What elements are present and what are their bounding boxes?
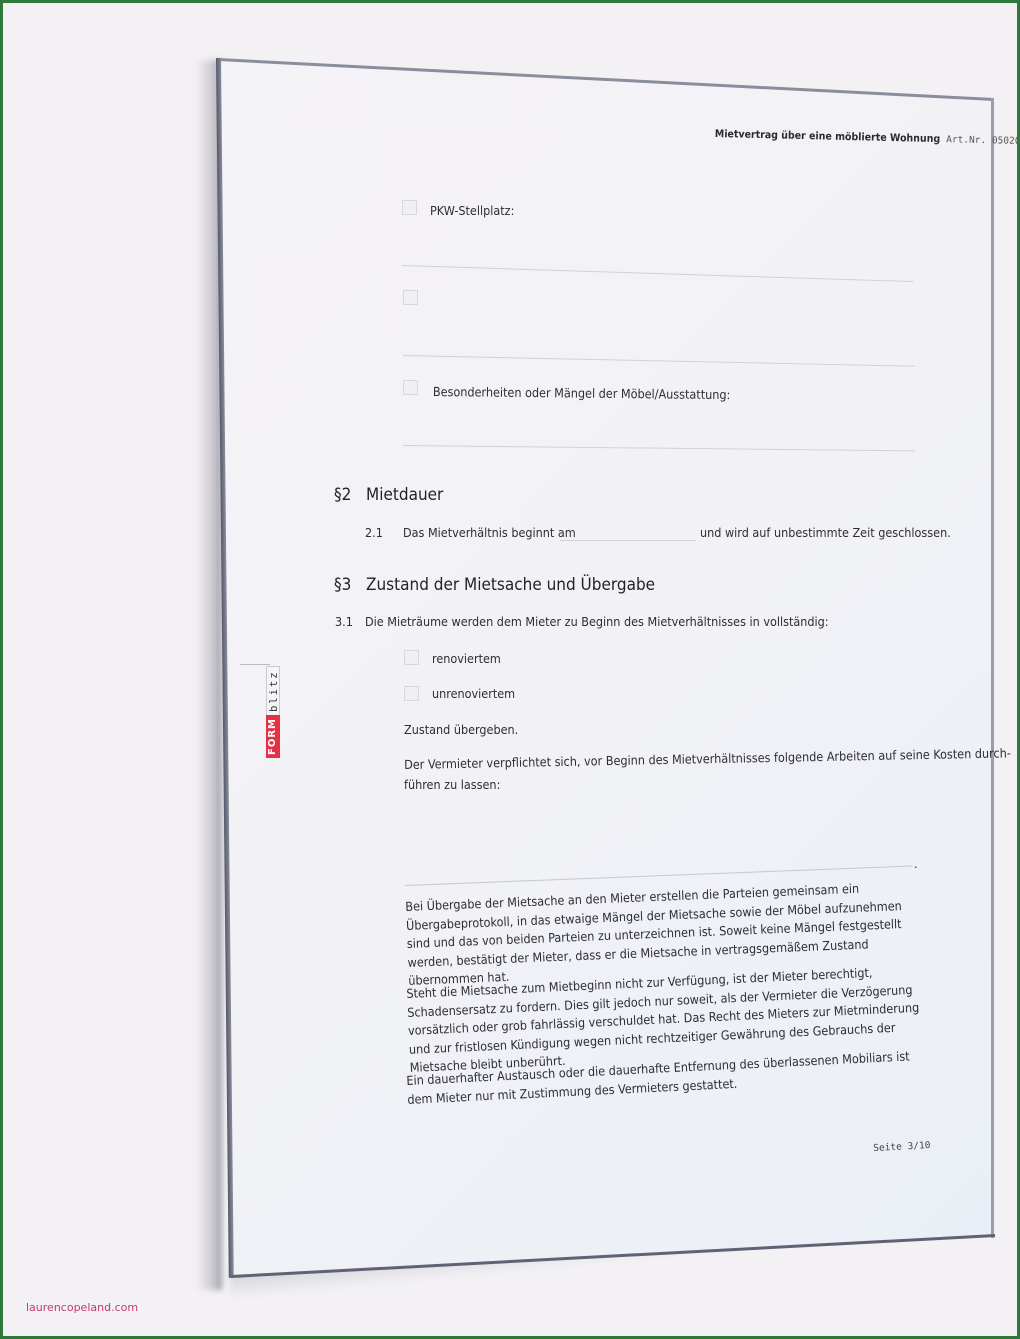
other-input-line[interactable] <box>403 355 915 367</box>
clause-2-1-text-after: und wird auf unbestimmte Zeit geschlosse… <box>700 525 951 540</box>
clause-3-1-number: 3.1 <box>335 614 365 629</box>
section-3-title: Zustand der Mietsache und Übergabe <box>366 575 655 595</box>
checkbox-parking-label: PKW-Stellplatz: <box>430 203 514 218</box>
condition-handover-text: Zustand übergeben. <box>404 722 518 737</box>
article-number: Art.Nr. 05020 <box>946 134 1020 147</box>
furniture-defects-input-line[interactable] <box>403 445 915 451</box>
landlord-obligation-line-2: führen zu lassen: <box>404 777 500 792</box>
clause-3-1-text: Die Mieträume werden dem Mieter zu Begin… <box>365 614 829 629</box>
document-page: Mietvertrag über eine möblierte WohnungA… <box>0 0 1020 1339</box>
document-title: Mietvertrag über eine möblierte Wohnung <box>715 128 941 145</box>
clause-3-1: 3.1Die Mieträume werden dem Mieter zu Be… <box>335 614 829 629</box>
clause-2-1-number: 2.1 <box>365 525 403 540</box>
section-3-heading: §3Zustand der Mietsache und Übergabe <box>334 575 655 595</box>
section-2-title: Mietdauer <box>366 485 443 505</box>
clause-2-1-text-before: Das Mietverhältnis beginnt am <box>403 525 576 540</box>
section-3-number: §3 <box>334 575 366 595</box>
checkbox-parking[interactable] <box>402 200 417 215</box>
document-header: Mietvertrag über eine möblierte WohnungA… <box>715 128 1020 147</box>
section-2-number: §2 <box>334 485 366 505</box>
checkbox-furniture-defects-label: Besonderheiten oder Mängel der Möbel/Aus… <box>433 384 731 402</box>
page-content: Mietvertrag über eine möblierte WohnungA… <box>0 0 1020 1339</box>
start-date-input-line[interactable] <box>560 540 696 541</box>
checkbox-renovated-label: renoviertem <box>432 651 501 666</box>
logo-rule <box>240 664 270 665</box>
clause-2-1: 2.1Das Mietverhältnis beginnt am <box>365 525 576 540</box>
watermark: laurencopeland.com <box>26 1301 138 1314</box>
formblitz-logo: FORMblitz <box>266 666 280 758</box>
parking-input-line[interactable] <box>402 265 914 282</box>
checkbox-unrenovated[interactable] <box>404 686 419 701</box>
checkbox-furniture-defects[interactable] <box>403 380 418 395</box>
checkbox-other[interactable] <box>403 290 418 305</box>
logo-blitz: blitz <box>266 666 280 715</box>
page-number: Seite 3/10 <box>873 1140 931 1154</box>
works-input-period: . <box>914 856 918 871</box>
checkbox-unrenovated-label: unrenoviertem <box>432 686 515 701</box>
checkbox-renovated[interactable] <box>404 650 419 665</box>
section-2-heading: §2Mietdauer <box>334 485 443 505</box>
landlord-obligation-line-1: Der Vermieter verpflichtet sich, vor Beg… <box>404 745 1011 772</box>
logo-form: FORM <box>266 715 280 758</box>
